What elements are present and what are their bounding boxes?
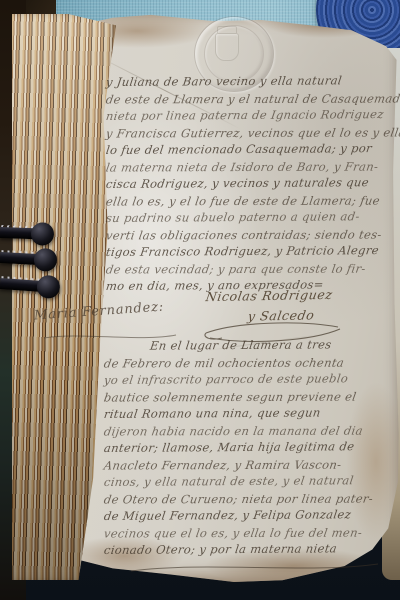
signature-name: Nicolas Rodriguez bbox=[205, 287, 334, 305]
manuscript-line: ritual Romano una nina, que segun bbox=[103, 404, 400, 423]
manuscript-line: tigos Francisco Rodriguez, y Patricio Al… bbox=[105, 242, 400, 261]
manuscript-line: lo fue del mencionado Casaquemada; y por bbox=[105, 140, 400, 159]
seal-shield-motif bbox=[215, 33, 239, 61]
manuscript-line: nieta por linea paterna de Ignacio Rodri… bbox=[105, 106, 400, 125]
manuscript-line: yo el infrascrito parroco de este pueblo bbox=[103, 370, 400, 389]
manuscript-line: cionado Otero; y por la materna nieta bbox=[103, 540, 400, 559]
record-new-paragraph: En el lugar de Llamera a tresde Febrero … bbox=[104, 338, 398, 559]
manuscript-line: anterior; llamose, Maria hija legitima d… bbox=[103, 438, 400, 457]
manuscript-line: cinos, y ella natural de este, y el natu… bbox=[103, 472, 400, 491]
manuscript-line: de Miguel Fernandez, y Felipa Gonzalez bbox=[103, 506, 400, 525]
closing-line-flourish bbox=[128, 558, 383, 576]
manuscript-line: su padrino su abuelo paterno a quien ad- bbox=[105, 208, 400, 227]
record-end-paragraph: y Juliana de Baro vecino y ella naturald… bbox=[106, 74, 398, 295]
manuscript-line: En el lugar de Llamera a tres bbox=[103, 336, 400, 355]
manuscript-line: cisca Rodriguez, y vecinos y naturales q… bbox=[105, 174, 400, 193]
photo-of-manuscript-book: y Juliana de Baro vecino y ella naturald… bbox=[0, 0, 400, 600]
manuscript-line: y Juliana de Baro vecino y ella natural bbox=[105, 72, 400, 91]
seal-crown-motif bbox=[217, 26, 237, 33]
